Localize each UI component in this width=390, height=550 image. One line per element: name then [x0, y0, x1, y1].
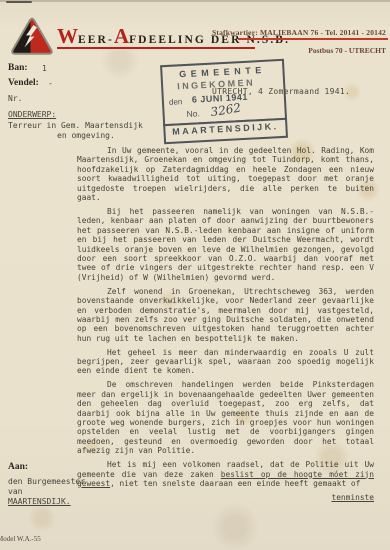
paragraph-3: Zelf wonend in Groenekan, Utrechtscheweg…: [77, 287, 374, 343]
title-underline: [57, 47, 255, 49]
paragraph-4: Het geheel is meer dan minderwaardig en …: [77, 348, 374, 376]
addressee-line-1: den Burgemeester: [8, 477, 85, 486]
subject-line-1: Terreur in Gem. Maartensdijk: [8, 121, 143, 130]
body-text: In Uw gemeente, vooral in de gedeelten H…: [77, 146, 374, 502]
field-vendel-label: Vendel:: [8, 78, 39, 88]
paragraph-6: Het is mij een volkomen raadsel, dat de …: [77, 460, 374, 488]
tenminste-word: tenminste: [77, 493, 374, 502]
postbox-line: Postbus 70 - UTRECHT: [308, 46, 386, 55]
addressee-line-2: van: [8, 487, 22, 496]
hq-address-line: Stafkwartier: MALIEBAAN 76 - Tel. 20141 …: [212, 28, 386, 37]
org-initial-a: A: [114, 24, 129, 48]
field-vendel-value: -: [48, 79, 53, 88]
wa-emblem-logo: [10, 17, 54, 56]
paragraph-5: De omschreven handelingen werden beide P…: [77, 380, 374, 455]
org-initial-w: W: [57, 24, 78, 48]
scan-mark-artifact: [6, 1, 32, 3]
field-ban-label: Ban:: [8, 63, 28, 73]
stamp-den-label: den: [169, 97, 183, 107]
addressee-aan-label: Aan:: [8, 462, 28, 472]
field-ban-value: 1: [42, 64, 47, 73]
received-stamp: GEMEENTE INGEKOMEN den 6 JUNI 1941 No. 3…: [160, 59, 288, 143]
address-underline: [238, 38, 388, 40]
scan-edge-artifact: [0, 0, 390, 2]
addressee-line-3: MAARTENSDIJK.: [8, 497, 71, 506]
typed-dateline: UTRECHT, 4 Zomermaand 1941.: [212, 87, 350, 96]
paragraph-1: In Uw gemeente, vooral in de gedeelten H…: [77, 146, 374, 202]
field-nr-label: Nr.: [8, 94, 22, 103]
footer-model-number: Model W.A.-55: [0, 535, 41, 543]
subject-label: ONDERWERP:: [8, 110, 56, 119]
stamp-no-label: No.: [186, 108, 200, 119]
subject-line-2: en omgeving.: [57, 131, 115, 140]
paragraph-2: Bij het passeeren namelijk van woningen …: [77, 207, 374, 282]
letter-document: WEER-AFDEELING DER N.S.B. Stafkwartier: …: [0, 0, 390, 550]
